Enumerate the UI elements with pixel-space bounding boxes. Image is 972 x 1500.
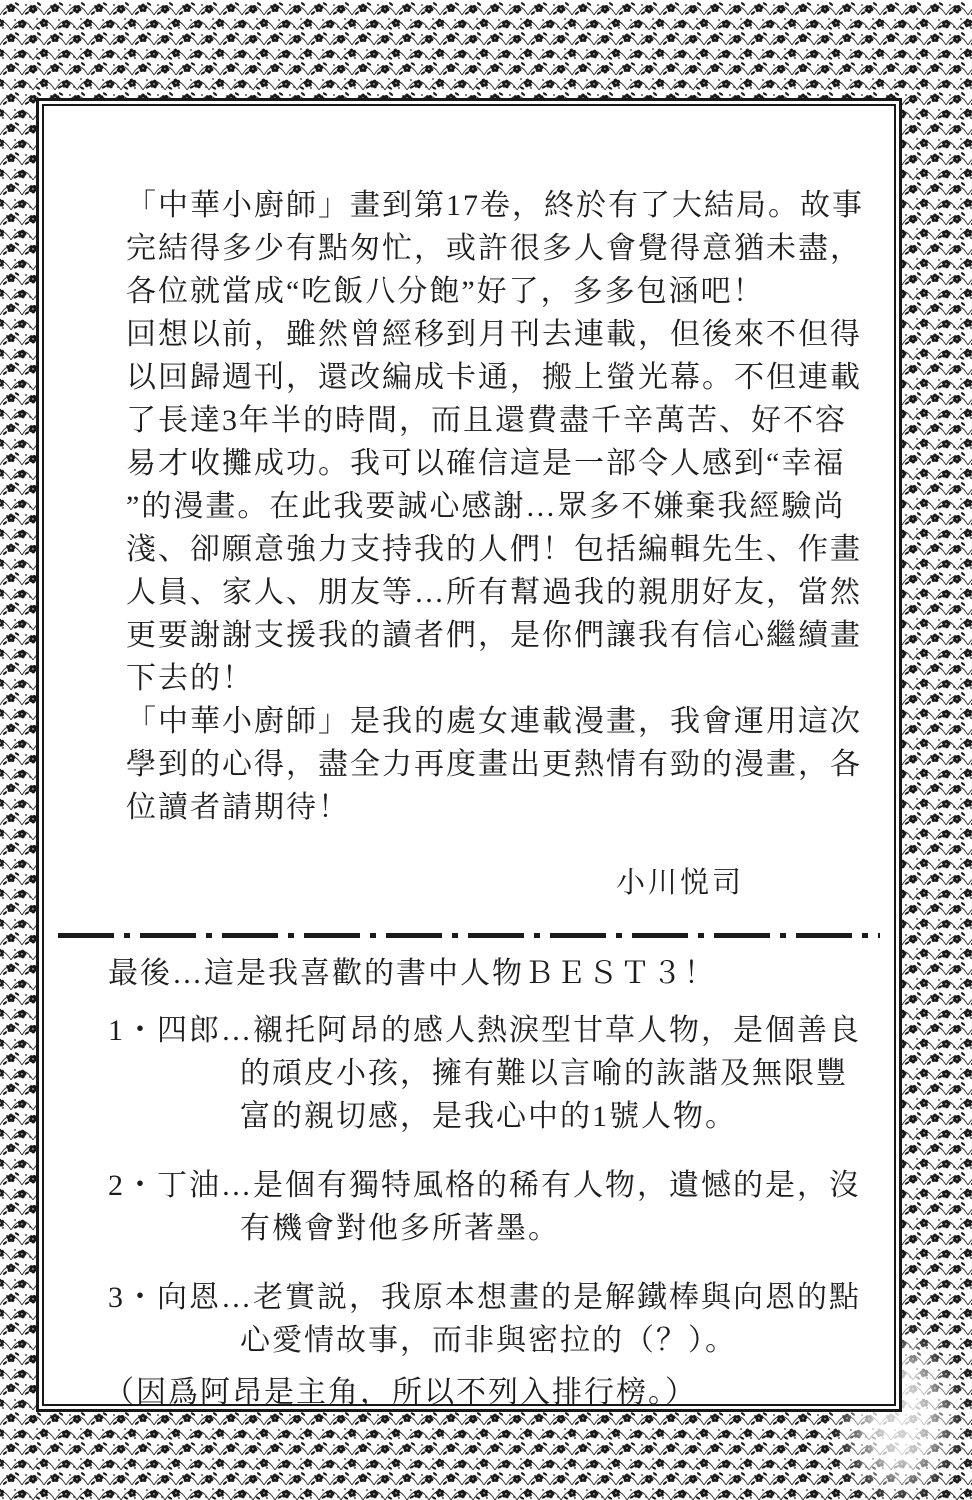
afterword-line: 更要謝謝支援我的讀者們，是你們讓我有信心繼續畫 bbox=[126, 614, 894, 657]
best3-item: 1・四郎…襯托阿昂的感人熱淚型甘草人物，是個善良 的頑皮小孩，擁有難以言喻的詼諧… bbox=[108, 1009, 894, 1138]
dash-dot-divider bbox=[58, 933, 880, 938]
best3-item: 3・向恩…老實説，我原本想畫的是解鐵棒與向恩的點 心愛情故事，而非與密拉的（？）… bbox=[108, 1276, 894, 1362]
best3-item-line: 3・向恩…老實説，我原本想畫的是解鐵棒與向恩的點 bbox=[240, 1276, 894, 1319]
afterword-line: 完結得多少有點匆忙，或許很多人會覺得意猶未盡， bbox=[126, 227, 894, 270]
afterword-line: ”的漫畫。在此我要誠心感謝…眾多不嫌棄我經驗尚 bbox=[126, 485, 894, 528]
content-panel: 「中華小廚師」畫到第17卷，終於有了大結局。故事 完結得多少有點匆忙，或許很多人… bbox=[36, 98, 902, 1412]
manga-afterword-page: 「中華小廚師」畫到第17卷，終於有了大結局。故事 完結得多少有點匆忙，或許很多人… bbox=[0, 0, 972, 1500]
best3-item-line: 的頑皮小孩，擁有難以言喻的詼諧及無限豐 bbox=[240, 1052, 894, 1095]
afterword-text: 「中華小廚師」畫到第17卷，終於有了大結局。故事 完結得多少有點匆忙，或許很多人… bbox=[126, 184, 894, 829]
best3-item-line: 有機會對他多所著墨。 bbox=[240, 1207, 894, 1250]
afterword-line: 各位就當成“吃飯八分飽”好了，多多包涵吧！ bbox=[126, 270, 894, 313]
afterword-line: 人員、家人、朋友等…所有幫過我的親朋好友，當然 bbox=[126, 571, 894, 614]
afterword-line: 「中華小廚師」是我的處女連載漫畫，我會運用這次 bbox=[126, 700, 894, 743]
best3-item: 2・丁油…是個有獨特風格的稀有人物，遺憾的是，沒 有機會對他多所著墨。 bbox=[108, 1164, 894, 1250]
afterword-line: 了長達3年半的時間，而且還費盡千辛萬苦、好不容 bbox=[126, 399, 894, 442]
footnote: （因爲阿昂是主角，所以不列入排行榜。） bbox=[104, 1376, 894, 1404]
afterword-line: 易才收攤成功。我可以確信這是一部令人感到“幸福 bbox=[126, 442, 894, 485]
afterword-line: 位讀者請期待！ bbox=[126, 786, 894, 829]
author-signature: 小川悦司 bbox=[44, 863, 744, 903]
afterword-line: 「中華小廚師」畫到第17卷，終於有了大結局。故事 bbox=[126, 184, 894, 227]
best3-item-line: 富的親切感，是我心中的1號人物。 bbox=[240, 1095, 894, 1138]
afterword-line: 回想以前，雖然曾經移到月刊去連載，但後來不但得 bbox=[126, 313, 894, 356]
afterword-line: 淺、卻願意強力支持我的人們！包括編輯先生、作畫 bbox=[126, 528, 894, 571]
best3-item-line: 1・四郎…襯托阿昂的感人熱淚型甘草人物，是個善良 bbox=[240, 1009, 894, 1052]
best3-heading: 最後…這是我喜歡的書中人物ＢＥＳＴ３！ bbox=[108, 952, 894, 995]
best3-list: 1・四郎…襯托阿昂的感人熱淚型甘草人物，是個善良 的頑皮小孩，擁有難以言喻的詼諧… bbox=[108, 1009, 894, 1362]
best3-item-line: 心愛情故事，而非與密拉的（？）。 bbox=[240, 1319, 894, 1362]
afterword-line: 以回歸週刊，還改編成卡通，搬上螢光幕。不但連載 bbox=[126, 356, 894, 399]
page-text: 「中華小廚師」畫到第17卷，終於有了大結局。故事 完結得多少有點匆忙，或許很多人… bbox=[44, 106, 894, 1404]
afterword-line: 學到的心得，盡全力再度畫出更熱情有勁的漫畫，各 bbox=[126, 743, 894, 786]
afterword-line: 下去的！ bbox=[126, 657, 894, 700]
best3-item-line: 2・丁油…是個有獨特風格的稀有人物，遺憾的是，沒 bbox=[240, 1164, 894, 1207]
